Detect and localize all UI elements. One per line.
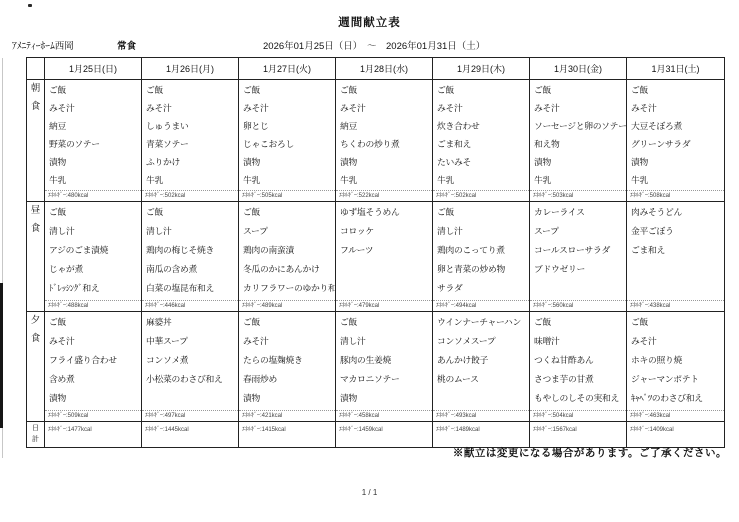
menu-day-cell: ご飯スープ鶏肉の南蛮漬冬瓜のかにあんかけカリフラワーのゆかり和えｴﾈﾙｷﾞｰ:4… — [239, 202, 336, 311]
menu-item: ご飯 — [49, 81, 141, 99]
menu-day-cell: ご飯清し汁鶏肉のこってり煮卵と青菜の炒め物サラダｴﾈﾙｷﾞｰ:494kcal — [433, 202, 530, 311]
menu-item: ごま和え — [631, 241, 724, 260]
menu-item: コロッケ — [340, 222, 432, 241]
daily-total-cell: ｴﾈﾙｷﾞｰ:1415kcal — [239, 422, 336, 447]
menu-item: サラダ — [437, 279, 529, 298]
menu-items: ご飯みそ汁フライ盛り合わせ含め煮漬物 — [45, 312, 141, 410]
menu-item: フルーツ — [340, 241, 432, 260]
menu-item: ﾄﾞﾚｯｼﾝｸﾞ和え — [49, 279, 141, 298]
menu-day-cell: ご飯みそ汁納豆野菜のソテー漬物牛乳ｴﾈﾙｷﾞｰ:480kcal — [45, 80, 142, 201]
daily-total-cell: ｴﾈﾙｷﾞｰ:1445kcal — [142, 422, 239, 447]
daily-total-cell: ｴﾈﾙｷﾞｰ:1459kcal — [336, 422, 433, 447]
energy-value: ｴﾈﾙｷﾞｰ:463kcal — [627, 410, 724, 421]
menu-item: 含め煮 — [49, 370, 141, 389]
menu-items: ご飯みそ汁大豆そぼろ煮グリーンサラダ漬物牛乳 — [627, 80, 724, 190]
energy-value: ｴﾈﾙｷﾞｰ:458kcal — [336, 410, 432, 421]
table-header-row: 1月25日(日)1月26日(月)1月27日(火)1月28日(水)1月29日(木)… — [27, 58, 724, 80]
menu-day-cell: ご飯みそ汁しゅうまい青菜ソテーふりかけ牛乳ｴﾈﾙｷﾞｰ:502kcal — [142, 80, 239, 201]
menu-item: 卵とじ — [243, 117, 335, 135]
day-header-cell: 1月25日(日) — [45, 58, 142, 79]
date-range: 2026年01月25日（日） ～ 2026年01月31日（土） — [263, 38, 485, 52]
daily-total-energy: ｴﾈﾙｷﾞｰ:1567kcal — [530, 422, 626, 433]
menu-item: 大豆そぼろ煮 — [631, 117, 724, 135]
page-title: 週間献立表 — [0, 14, 739, 30]
menu-item: みそ汁 — [437, 99, 529, 117]
menu-item: 漬物 — [534, 153, 626, 171]
energy-value: ｴﾈﾙｷﾞｰ:505kcal — [239, 190, 335, 201]
menu-item: 鶏肉の梅じそ焼き — [146, 241, 238, 260]
daily-total-cell: ｴﾈﾙｷﾞｰ:1567kcal — [530, 422, 627, 447]
menu-day-cell: ゆず塩そうめんコロッケフルーツｴﾈﾙｷﾞｰ:479kcal — [336, 202, 433, 311]
menu-item: 牛乳 — [146, 171, 238, 189]
menu-day-cell: ご飯みそ汁ソーセージと卵のソテー和え物漬物牛乳ｴﾈﾙｷﾞｰ:503kcal — [530, 80, 627, 201]
menu-items: 肉みそうどん金平ごぼうごま和え — [627, 202, 724, 300]
scanned-menu-page: 週間献立表 ｱﾒﾆﾃｨｰﾎｰﾑ西岡 常食 2026年01月25日（日） ～ 20… — [0, 0, 739, 522]
menu-day-cell: 肉みそうどん金平ごぼうごま和えｴﾈﾙｷﾞｰ:438kcal — [627, 202, 724, 311]
daily-total-energy: ｴﾈﾙｷﾞｰ:1409kcal — [627, 422, 724, 433]
menu-item: ｷｬﾍﾞﾂのわさび和え — [631, 389, 724, 408]
meal-label-dinner: 夕食 — [27, 312, 45, 421]
menu-item: みそ汁 — [146, 99, 238, 117]
day-header-cell: 1月30日(金) — [530, 58, 627, 79]
menu-day-cell: ウインナーチャーハンコンソメスープあんかけ餃子桃のムースｴﾈﾙｷﾞｰ:493kc… — [433, 312, 530, 421]
menu-item: ご飯 — [243, 81, 335, 99]
meal-type-label: 常食 — [117, 38, 136, 52]
energy-value: ｴﾈﾙｷﾞｰ:479kcal — [336, 300, 432, 311]
menu-item: カレーライス — [534, 203, 626, 222]
menu-item: みそ汁 — [631, 332, 724, 351]
menu-item: ご飯 — [146, 81, 238, 99]
meal-label-breakfast: 朝食 — [27, 80, 45, 201]
facility-name: ｱﾒﾆﾃｨｰﾎｰﾑ西岡 — [12, 38, 74, 52]
energy-value: ｴﾈﾙｷﾞｰ:493kcal — [433, 410, 529, 421]
daily-total-cell: ｴﾈﾙｷﾞｰ:1477kcal — [45, 422, 142, 447]
menu-item: 南瓜の含め煮 — [146, 260, 238, 279]
menu-item: 牛乳 — [243, 171, 335, 189]
menu-item: ごま和え — [437, 135, 529, 153]
day-header-cell: 1月27日(火) — [239, 58, 336, 79]
menu-day-cell: ご飯みそ汁ホキの照り焼ジャーマンポテトｷｬﾍﾞﾂのわさび和えｴﾈﾙｷﾞｰ:463… — [627, 312, 724, 421]
menu-item: マカロニソテー — [340, 370, 432, 389]
daily-total-label: 日計 — [27, 422, 45, 447]
menu-item: みそ汁 — [534, 99, 626, 117]
menu-item: 漬物 — [243, 153, 335, 171]
energy-value: ｴﾈﾙｷﾞｰ:488kcal — [45, 300, 141, 311]
day-header-cell: 1月29日(木) — [433, 58, 530, 79]
footer-note: ※献立は変更になる場合があります。ご了承ください。 — [453, 445, 727, 460]
menu-item: 中華スープ — [146, 332, 238, 351]
menu-items: ご飯みそ汁納豆ちくわの炒り煮漬物牛乳 — [336, 80, 432, 190]
menu-items: ご飯味噌汁つくね甘酢あんさつま芋の甘煮もやしのしその実和え — [530, 312, 626, 410]
menu-item: ホキの照り焼 — [631, 351, 724, 370]
daily-total-energy: ｴﾈﾙｷﾞｰ:1415kcal — [239, 422, 335, 433]
info-line: ｱﾒﾆﾃｨｰﾎｰﾑ西岡 常食 2026年01月25日（日） ～ 2026年01月… — [0, 38, 739, 52]
menu-items: 麻婆丼中華スープコンソメ煮小松菜のわさび和え — [142, 312, 238, 410]
menu-item: 清し汁 — [437, 222, 529, 241]
energy-value: ｴﾈﾙｷﾞｰ:489kcal — [239, 300, 335, 311]
menu-item: ウインナーチャーハン — [437, 313, 529, 332]
menu-day-cell: 麻婆丼中華スープコンソメ煮小松菜のわさび和えｴﾈﾙｷﾞｰ:497kcal — [142, 312, 239, 421]
menu-item: 牛乳 — [340, 171, 432, 189]
menu-item: ご飯 — [146, 203, 238, 222]
day-header-date: 1月25日(日) — [69, 62, 117, 75]
menu-item: 漬物 — [631, 153, 724, 171]
menu-items: ご飯みそ汁炊き合わせごま和えたいみそ牛乳 — [433, 80, 529, 190]
menu-item: みそ汁 — [243, 332, 335, 351]
menu-item: ちくわの炒り煮 — [340, 135, 432, 153]
menu-item: みそ汁 — [243, 99, 335, 117]
menu-item: 和え物 — [534, 135, 626, 153]
menu-item: 鶏肉のこってり煮 — [437, 241, 529, 260]
menu-item: じゃこおろし — [243, 135, 335, 153]
daily-total-energy: ｴﾈﾙｷﾞｰ:1477kcal — [45, 422, 141, 433]
scan-artifact — [0, 283, 3, 428]
menu-item: 漬物 — [49, 389, 141, 408]
menu-items: ご飯みそ汁ホキの照り焼ジャーマンポテトｷｬﾍﾞﾂのわさび和え — [627, 312, 724, 410]
menu-item: 豚肉の生姜焼 — [340, 351, 432, 370]
menu-item: あんかけ餃子 — [437, 351, 529, 370]
menu-item: 漬物 — [340, 153, 432, 171]
menu-item: ご飯 — [534, 313, 626, 332]
menu-item: 納豆 — [49, 117, 141, 135]
menu-item: しゅうまい — [146, 117, 238, 135]
daily-total-cell: ｴﾈﾙｷﾞｰ:1409kcal — [627, 422, 724, 447]
menu-item: ご飯 — [49, 313, 141, 332]
energy-value: ｴﾈﾙｷﾞｰ:503kcal — [530, 190, 626, 201]
menu-item: 漬物 — [49, 153, 141, 171]
menu-item: 炊き合わせ — [437, 117, 529, 135]
menu-item: もやしのしその実和え — [534, 389, 626, 408]
menu-item: フライ盛り合わせ — [49, 351, 141, 370]
menu-item: ご飯 — [49, 203, 141, 222]
menu-item: ご飯 — [340, 313, 432, 332]
energy-value: ｴﾈﾙｷﾞｰ:508kcal — [627, 190, 724, 201]
day-header-cell: 1月26日(月) — [142, 58, 239, 79]
menu-item: 小松菜のわさび和え — [146, 370, 238, 389]
daily-total-energy: ｴﾈﾙｷﾞｰ:1459kcal — [336, 422, 432, 433]
menu-items: ご飯みそ汁ソーセージと卵のソテー和え物漬物牛乳 — [530, 80, 626, 190]
energy-value: ｴﾈﾙｷﾞｰ:494kcal — [433, 300, 529, 311]
menu-item: みそ汁 — [631, 99, 724, 117]
menu-items: カレーライススープコールスローサラダブドウゼリー — [530, 202, 626, 300]
breakfast-section: 朝食ご飯みそ汁納豆野菜のソテー漬物牛乳ｴﾈﾙｷﾞｰ:480kcalご飯みそ汁しゅ… — [27, 80, 724, 202]
menu-day-cell: ご飯みそ汁たらの塩麹焼き春雨炒め漬物ｴﾈﾙｷﾞｰ:421kcal — [239, 312, 336, 421]
menu-item: アジのごま漬焼 — [49, 241, 141, 260]
menu-item: ご飯 — [243, 313, 335, 332]
meal-label-lunch: 昼食 — [27, 202, 45, 311]
menu-item: コンソメスープ — [437, 332, 529, 351]
energy-value: ｴﾈﾙｷﾞｰ:502kcal — [142, 190, 238, 201]
menu-item: みそ汁 — [340, 99, 432, 117]
day-header-date: 1月29日(木) — [457, 62, 505, 75]
menu-item: 麻婆丼 — [146, 313, 238, 332]
energy-value: ｴﾈﾙｷﾞｰ:504kcal — [530, 410, 626, 421]
menu-item: 納豆 — [340, 117, 432, 135]
energy-value: ｴﾈﾙｷﾞｰ:480kcal — [45, 190, 141, 201]
day-header-date: 1月26日(月) — [166, 62, 214, 75]
daily-total-energy: ｴﾈﾙｷﾞｰ:1489kcal — [433, 422, 529, 433]
menu-item: ご飯 — [631, 313, 724, 332]
menu-item: 青菜ソテー — [146, 135, 238, 153]
menu-item: ご飯 — [437, 203, 529, 222]
menu-item: 野菜のソテー — [49, 135, 141, 153]
menu-item: ジャーマンポテト — [631, 370, 724, 389]
menu-items: ご飯みそ汁卵とじじゃこおろし漬物牛乳 — [239, 80, 335, 190]
day-header-date: 1月30日(金) — [554, 62, 602, 75]
menu-items: ゆず塩そうめんコロッケフルーツ — [336, 202, 432, 300]
day-header-date: 1月28日(水) — [360, 62, 408, 75]
day-header-date: 1月27日(火) — [263, 62, 311, 75]
menu-day-cell: カレーライススープコールスローサラダブドウゼリーｴﾈﾙｷﾞｰ:560kcal — [530, 202, 627, 311]
menu-item: ご飯 — [340, 81, 432, 99]
scan-artifact — [28, 4, 32, 7]
lunch-section: 昼食ご飯清し汁アジのごま漬焼じゃが煮ﾄﾞﾚｯｼﾝｸﾞ和えｴﾈﾙｷﾞｰ:488kc… — [27, 202, 724, 312]
menu-item: 卵と青菜の炒め物 — [437, 260, 529, 279]
menu-day-cell: ご飯みそ汁卵とじじゃこおろし漬物牛乳ｴﾈﾙｷﾞｰ:505kcal — [239, 80, 336, 201]
dinner-section: 夕食ご飯みそ汁フライ盛り合わせ含め煮漬物ｴﾈﾙｷﾞｰ:509kcal麻婆丼中華ス… — [27, 312, 724, 422]
menu-item: ブドウゼリー — [534, 260, 626, 279]
menu-item: スープ — [534, 222, 626, 241]
menu-items: ご飯スープ鶏肉の南蛮漬冬瓜のかにあんかけカリフラワーのゆかり和え — [239, 202, 335, 300]
weekly-menu-table: 1月25日(日)1月26日(月)1月27日(火)1月28日(水)1月29日(木)… — [26, 57, 725, 448]
energy-value: ｴﾈﾙｷﾞｰ:502kcal — [433, 190, 529, 201]
menu-item: つくね甘酢あん — [534, 351, 626, 370]
menu-item: 肉みそうどん — [631, 203, 724, 222]
menu-day-cell: ご飯みそ汁納豆ちくわの炒り煮漬物牛乳ｴﾈﾙｷﾞｰ:522kcal — [336, 80, 433, 201]
menu-day-cell: ご飯味噌汁つくね甘酢あんさつま芋の甘煮もやしのしその実和えｴﾈﾙｷﾞｰ:504k… — [530, 312, 627, 421]
menu-item: 清し汁 — [340, 332, 432, 351]
menu-day-cell: ご飯清し汁鶏肉の梅じそ焼き南瓜の含め煮白菜の塩昆布和えｴﾈﾙｷﾞｰ:446kca… — [142, 202, 239, 311]
menu-item: じゃが煮 — [49, 260, 141, 279]
menu-items: ご飯清し汁アジのごま漬焼じゃが煮ﾄﾞﾚｯｼﾝｸﾞ和え — [45, 202, 141, 300]
menu-item: ソーセージと卵のソテー — [534, 117, 626, 135]
menu-items: ご飯みそ汁たらの塩麹焼き春雨炒め漬物 — [239, 312, 335, 410]
energy-value: ｴﾈﾙｷﾞｰ:560kcal — [530, 300, 626, 311]
menu-item: 春雨炒め — [243, 370, 335, 389]
menu-item: グリーンサラダ — [631, 135, 724, 153]
energy-value: ｴﾈﾙｷﾞｰ:497kcal — [142, 410, 238, 421]
menu-day-cell: ご飯みそ汁フライ盛り合わせ含め煮漬物ｴﾈﾙｷﾞｰ:509kcal — [45, 312, 142, 421]
menu-item: 清し汁 — [146, 222, 238, 241]
menu-item: 桃のムース — [437, 370, 529, 389]
menu-items: ご飯みそ汁納豆野菜のソテー漬物牛乳 — [45, 80, 141, 190]
menu-item: さつま芋の甘煮 — [534, 370, 626, 389]
menu-item: ご飯 — [534, 81, 626, 99]
daily-total-cell: ｴﾈﾙｷﾞｰ:1489kcal — [433, 422, 530, 447]
daily-total-row: 日計ｴﾈﾙｷﾞｰ:1477kcalｴﾈﾙｷﾞｰ:1445kcalｴﾈﾙｷﾞｰ:1… — [27, 422, 724, 447]
menu-item: 牛乳 — [534, 171, 626, 189]
menu-item: 冬瓜のかにあんかけ — [243, 260, 335, 279]
menu-item: ご飯 — [437, 81, 529, 99]
menu-item: みそ汁 — [49, 332, 141, 351]
menu-item: スープ — [243, 222, 335, 241]
day-header-date: 1月31日(土) — [651, 62, 699, 75]
daily-total-energy: ｴﾈﾙｷﾞｰ:1445kcal — [142, 422, 238, 433]
menu-item: 金平ごぼう — [631, 222, 724, 241]
menu-item: ふりかけ — [146, 153, 238, 171]
menu-item: 鶏肉の南蛮漬 — [243, 241, 335, 260]
menu-item: 漬物 — [243, 389, 335, 408]
menu-item: ゆず塩そうめん — [340, 203, 432, 222]
energy-value: ｴﾈﾙｷﾞｰ:438kcal — [627, 300, 724, 311]
header-label-spacer — [27, 58, 45, 79]
menu-items: ご飯清し汁鶏肉のこってり煮卵と青菜の炒め物サラダ — [433, 202, 529, 300]
menu-day-cell: ご飯清し汁アジのごま漬焼じゃが煮ﾄﾞﾚｯｼﾝｸﾞ和えｴﾈﾙｷﾞｰ:488kcal — [45, 202, 142, 311]
energy-value: ｴﾈﾙｷﾞｰ:509kcal — [45, 410, 141, 421]
menu-item: コンソメ煮 — [146, 351, 238, 370]
menu-item: コールスローサラダ — [534, 241, 626, 260]
energy-value: ｴﾈﾙｷﾞｰ:522kcal — [336, 190, 432, 201]
day-header-cell: 1月28日(水) — [336, 58, 433, 79]
menu-item: ご飯 — [631, 81, 724, 99]
menu-items: ご飯清し汁豚肉の生姜焼マカロニソテー漬物 — [336, 312, 432, 410]
menu-item: ご飯 — [243, 203, 335, 222]
menu-item: 白菜の塩昆布和え — [146, 279, 238, 298]
menu-item: 牛乳 — [49, 171, 141, 189]
menu-item: 牛乳 — [437, 171, 529, 189]
energy-value: ｴﾈﾙｷﾞｰ:446kcal — [142, 300, 238, 311]
energy-value: ｴﾈﾙｷﾞｰ:421kcal — [239, 410, 335, 421]
menu-day-cell: ご飯みそ汁炊き合わせごま和えたいみそ牛乳ｴﾈﾙｷﾞｰ:502kcal — [433, 80, 530, 201]
menu-item: たいみそ — [437, 153, 529, 171]
page-number: 1 / 1 — [0, 488, 739, 497]
menu-items: ウインナーチャーハンコンソメスープあんかけ餃子桃のムース — [433, 312, 529, 410]
menu-item: 漬物 — [340, 389, 432, 408]
menu-item: たらの塩麹焼き — [243, 351, 335, 370]
menu-day-cell: ご飯清し汁豚肉の生姜焼マカロニソテー漬物ｴﾈﾙｷﾞｰ:458kcal — [336, 312, 433, 421]
menu-item: 味噌汁 — [534, 332, 626, 351]
menu-day-cell: ご飯みそ汁大豆そぼろ煮グリーンサラダ漬物牛乳ｴﾈﾙｷﾞｰ:508kcal — [627, 80, 724, 201]
menu-items: ご飯みそ汁しゅうまい青菜ソテーふりかけ牛乳 — [142, 80, 238, 190]
menu-item: カリフラワーのゆかり和え — [243, 279, 335, 298]
day-header-cell: 1月31日(土) — [627, 58, 724, 79]
menu-item: 牛乳 — [631, 171, 724, 189]
menu-item: 清し汁 — [49, 222, 141, 241]
menu-items: ご飯清し汁鶏肉の梅じそ焼き南瓜の含め煮白菜の塩昆布和え — [142, 202, 238, 300]
menu-item: みそ汁 — [49, 99, 141, 117]
